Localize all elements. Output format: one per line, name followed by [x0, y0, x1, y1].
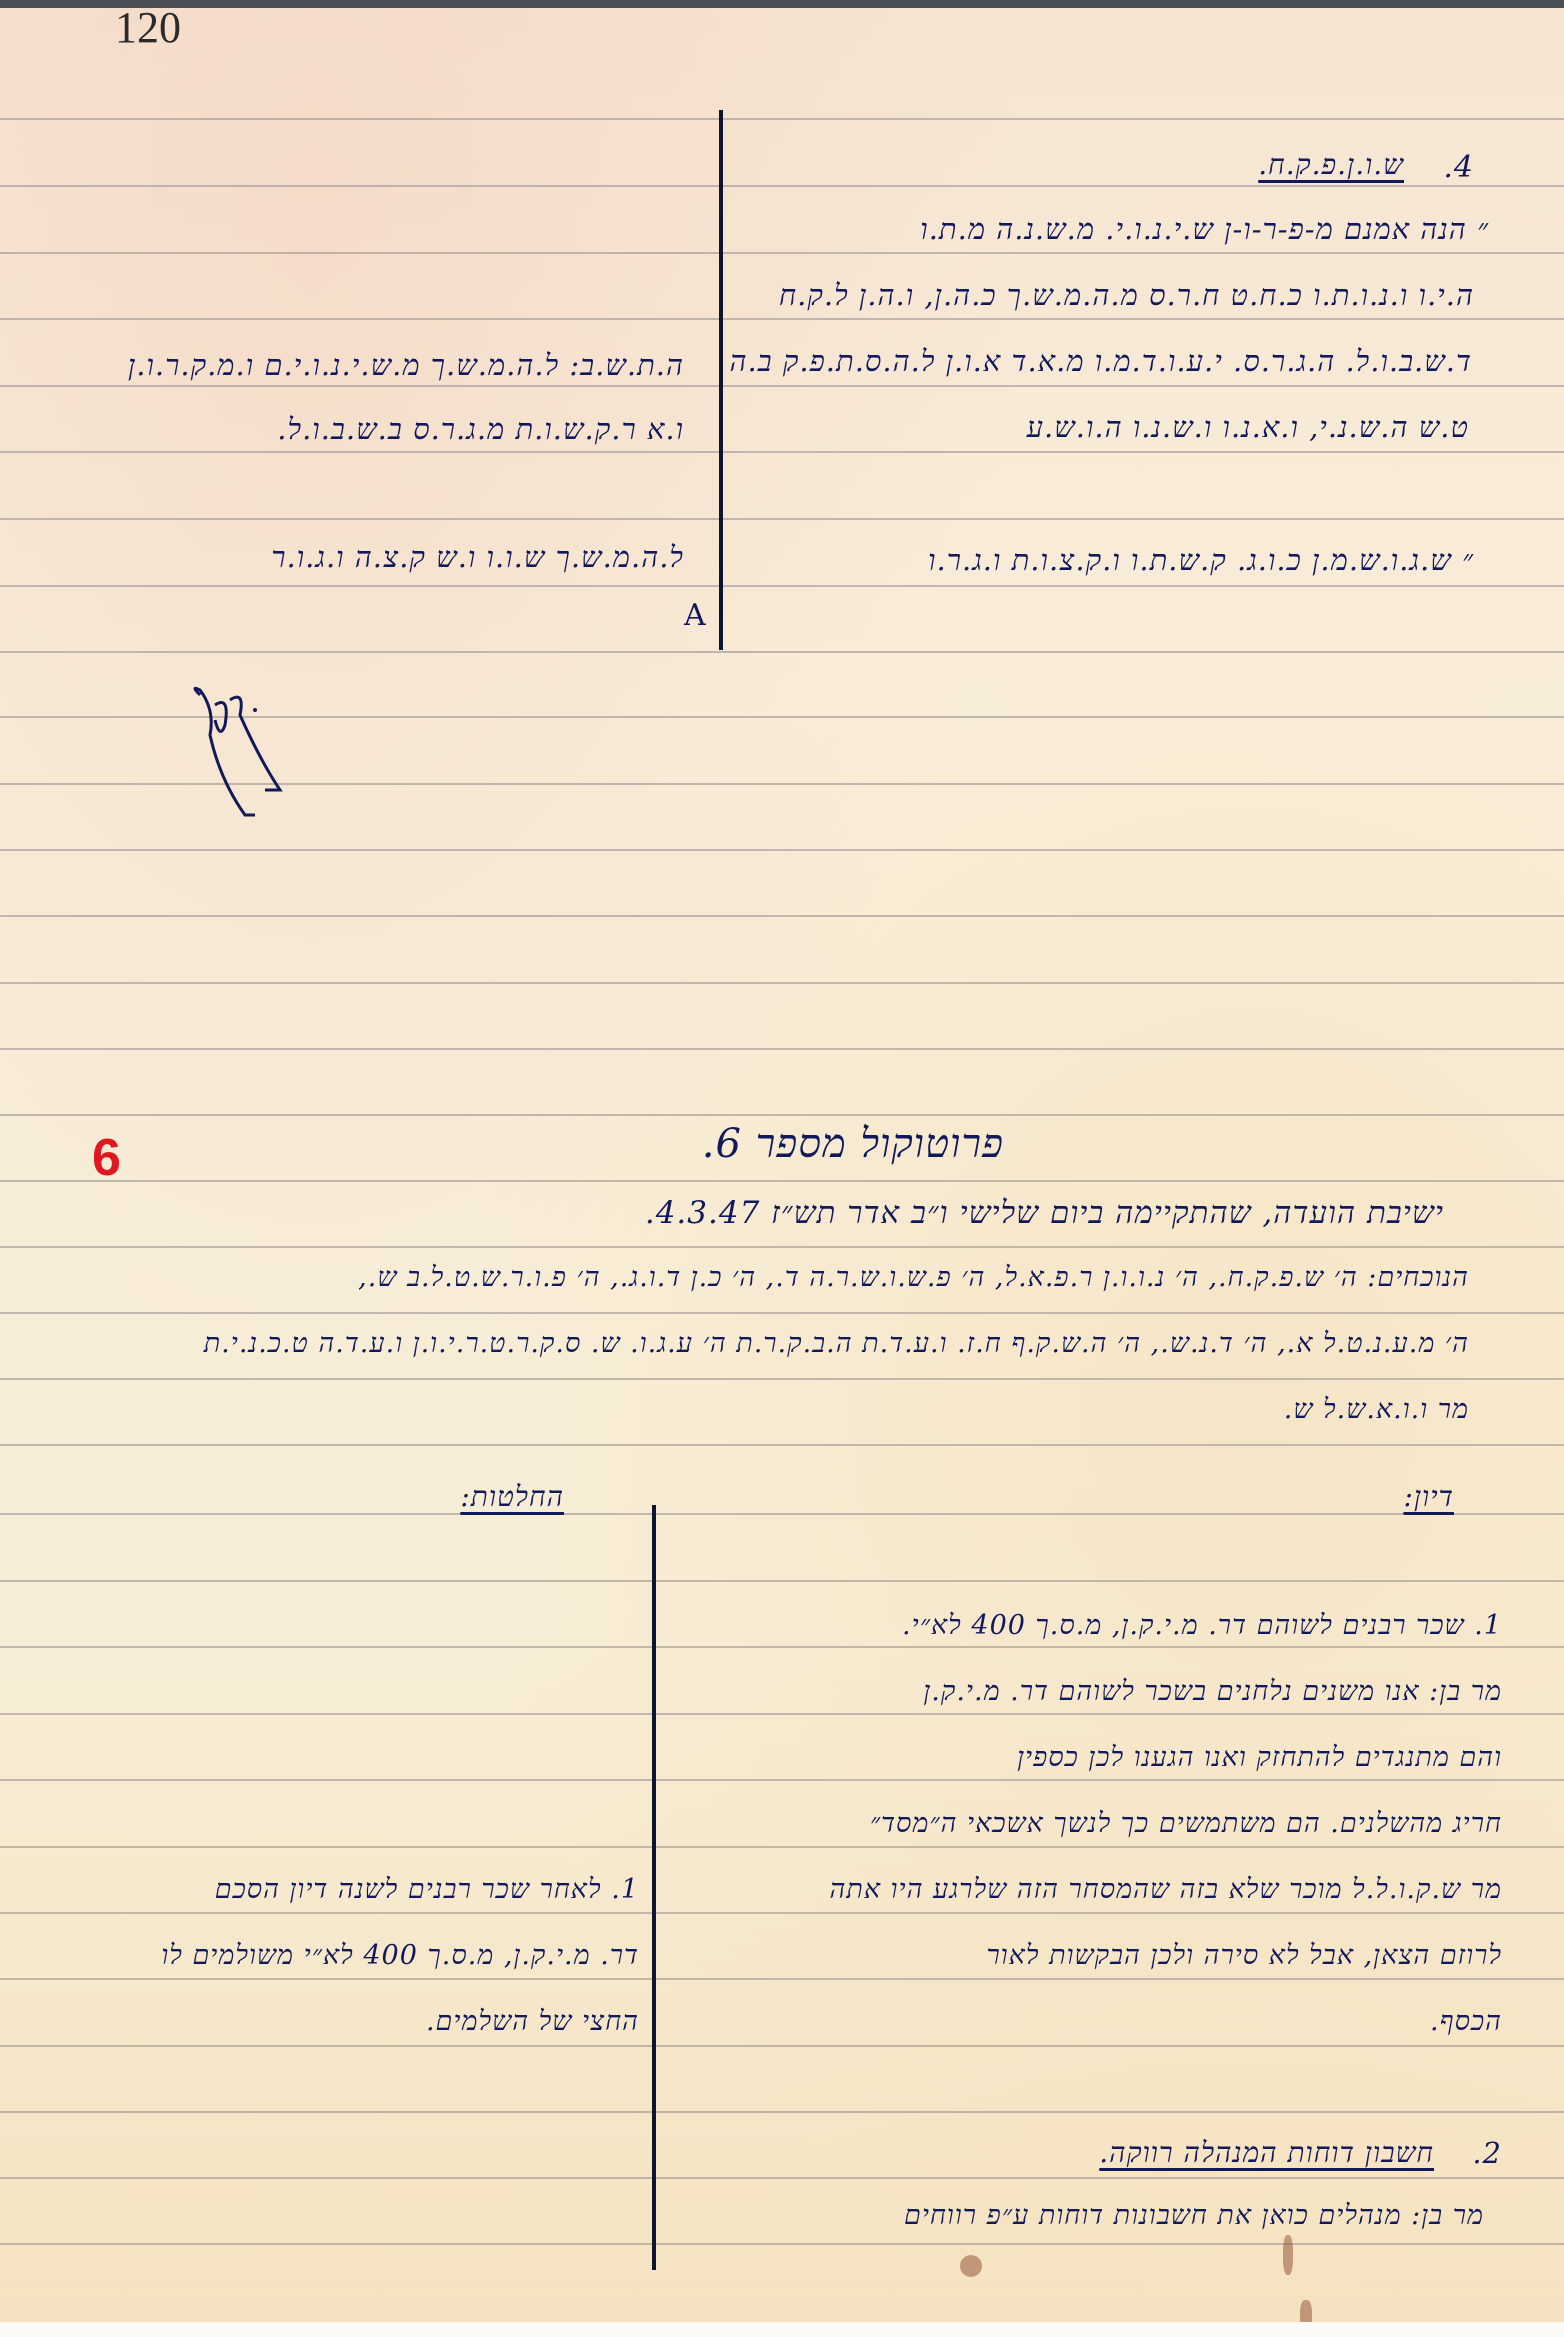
signature-icon — [185, 680, 305, 830]
protocol-title: פרוטוקול מספר 6. — [702, 1120, 1004, 1167]
ruled-line — [0, 1513, 1564, 1515]
item1-line: הכסף. — [1430, 2006, 1502, 2037]
item1-line: 1. שכר רבנים לשוהם דר. מ.י.ק.ן, מ.ס.ך 40… — [902, 1610, 1502, 1641]
ruled-line — [0, 385, 1564, 387]
item-number: 4. — [1443, 150, 1474, 185]
ruled-line — [0, 1580, 1564, 1582]
discussion-line: ה.י.ו ו.נ.ו.ת.ו כ.ח.ט ח.ר.ס מ.ה.מ.ש.ך כ.… — [779, 278, 1474, 313]
attendees-line: הנוכחים: ה׳ ש.פ.ק.ח., ה׳ נ.ו.ו.ן ר.פ.א.ל… — [358, 1262, 1469, 1293]
ruled-line — [0, 1779, 1564, 1781]
item-number: 2. — [1472, 2136, 1502, 2170]
ruled-line — [0, 1312, 1564, 1314]
paper-stain — [960, 2255, 982, 2277]
scanned-page: 120 4. ש.ו.ן.פ.ק.ח. ״ הנה אמנם מ-פ-ר-ו-ן… — [0, 0, 1564, 2337]
item2-heading: חשבון דוחות המנהלה רווקה. — [1099, 2136, 1434, 2170]
margin-mark: A — [684, 598, 707, 633]
ruled-line — [0, 318, 1564, 320]
ruled-line — [0, 2177, 1564, 2179]
ruled-line — [0, 1444, 1564, 1446]
item1-decision-line: 1. לאחר שכר רבנים לשנה דיון הסכם — [215, 1874, 639, 1905]
discussion-line: ״ ש.ג.ו.ש.מ.ן כ.ו.ג. ק.ש.ת.ו ו.ק.צ.ו.ת ו… — [928, 543, 1474, 578]
ruled-line — [0, 1246, 1564, 1248]
discussion-line: ד.ש.ב.ו.ל. ה.ג.ר.ס. י.ע.ו.ד.מ.ו מ.א.ד א.… — [729, 344, 1472, 379]
discussion-column-header: דיון: — [1403, 1480, 1454, 1514]
scan-edge — [0, 0, 1564, 8]
ruled-line — [0, 1378, 1564, 1380]
decisions-column-header: החלטות: — [460, 1480, 564, 1514]
ruled-line — [0, 1180, 1564, 1182]
ruled-line — [0, 1978, 1564, 1980]
decision-line: ו.א ר.ק.ש.ו.ת מ.ג.ר.ס ב.ש.ב.ו.ל. — [277, 412, 684, 447]
ruled-line — [0, 1646, 1564, 1648]
discussion-line: ט.ש ה.ש.נ.י, ו.א.נ.ו ו.ש.נ.ו ה.ו.ש.ע — [1027, 410, 1469, 445]
item1-line: לרוזם הצאן, אבל לא סירה ולכן הבקשות לאור — [987, 1940, 1502, 1971]
ruled-line — [0, 1114, 1564, 1116]
paper-stain — [1283, 2235, 1293, 2275]
section-marker: 6 — [92, 1128, 121, 1188]
attendees-line: ה׳ מ.ע.נ.ט.ל א., ה׳ ד.נ.ש., ה׳ ה.ש.ק.ף ח… — [204, 1328, 1469, 1359]
item-heading: ש.ו.ן.פ.ק.ח. — [1258, 148, 1404, 182]
page-number: 120 — [115, 2, 181, 53]
ruled-line — [0, 185, 1564, 187]
item1-decision-line: דר. מ.י.ק.ן, מ.ס.ך 400 לא״י משולמים לו — [161, 1940, 639, 1971]
decision-line: ל.ה.מ.ש.ך ש.ו.ו ו.ש ק.צ.ה ו.ג.ו.ר — [271, 540, 684, 575]
ruled-line — [0, 651, 1564, 653]
ruled-line — [0, 2045, 1564, 2047]
ruled-line — [0, 2243, 1564, 2245]
ruled-line — [0, 2111, 1564, 2113]
ruled-line — [0, 118, 1564, 120]
item1-line: מר ש.ק.ו.ל.ל מוכר שלא בזה שהמסחר הזה שלר… — [830, 1874, 1502, 1905]
ruled-line — [0, 585, 1564, 587]
ruled-line — [0, 849, 1564, 851]
ruled-line — [0, 252, 1564, 254]
ruled-line — [0, 1048, 1564, 1050]
column-divider-top — [719, 110, 723, 650]
item1-line: והם מתנגדים להתחזק ואנו הגענו לכן כספין — [1017, 1742, 1502, 1773]
ruled-line — [0, 982, 1564, 984]
discussion-line: ״ הנה אמנם מ-פ-ר-ו-ן ש.י.נ.ו.י. מ.ש.נ.ה … — [920, 212, 1489, 247]
scan-edge — [0, 2322, 1564, 2337]
decision-line: ה.ת.ש.ב: ל.ה.מ.ש.ך מ.ש.י.נ.ו.י.ם ו.מ.ק.ר… — [128, 348, 684, 383]
protocol-date-line: ישיבת הועדה, שהתקיימה ביום שלישי ו״ב אדר… — [645, 1195, 1444, 1231]
column-divider-bottom — [652, 1505, 656, 2270]
ruled-line — [0, 1846, 1564, 1848]
attendees-line: מר ו.ו.א.ש.ל ש. — [1284, 1394, 1469, 1425]
ruled-line — [0, 1713, 1564, 1715]
ruled-line — [0, 451, 1564, 453]
item1-decision-line: החצי של השלמים. — [426, 2006, 639, 2037]
item2-line: מר בן: מנהלים כואן את חשבונות דוחות ע״פ … — [904, 2200, 1484, 2231]
item1-line: מר בן: אנו משנים נלחנים בשכר לשוהם דר. מ… — [923, 1676, 1502, 1707]
ruled-line — [0, 915, 1564, 917]
ruled-line — [0, 1912, 1564, 1914]
item1-line: חריג מהשלנים. הם משתמשים כך לנשך אשכאי ה… — [870, 1808, 1502, 1839]
ruled-line — [0, 518, 1564, 520]
